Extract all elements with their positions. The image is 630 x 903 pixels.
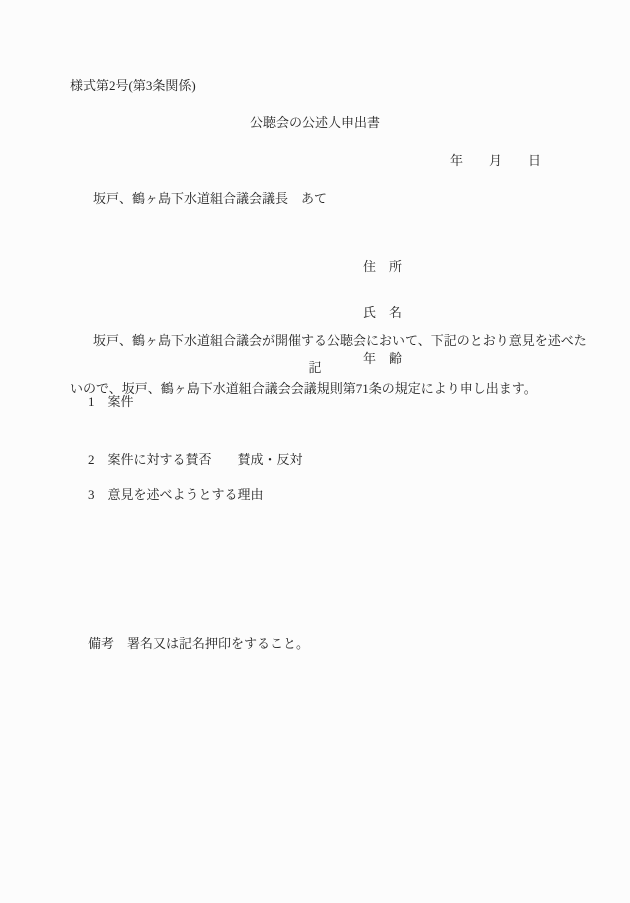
form-number-label: 様式第2号(第3条関係)	[70, 79, 196, 92]
remarks-line: 備考 署名又は記名押印をすること。	[88, 637, 309, 650]
document-page: 様式第2号(第3条関係) 公聴会の公述人申出書 年 月 日 坂戸、鶴ヶ島下水道組…	[0, 0, 630, 903]
list-item-case: 1 案件	[88, 395, 134, 408]
body-paragraph-line-1: 坂戸、鶴ヶ島下水道組合議会が開催する公聴会において、下記のとおり意見を述べた	[70, 330, 575, 352]
date-line: 年 月 日	[450, 154, 541, 167]
list-item-reason: 3 意見を述べようとする理由	[88, 488, 264, 501]
list-item-approval-choice: 2 案件に対する賛否 賛成・反対	[88, 453, 303, 466]
body-paragraph-line-2: いので、坂戸、鶴ヶ島下水道組合議会会議規則第71条の規定により申し出ます。	[70, 378, 575, 400]
record-heading: 記	[0, 361, 630, 374]
addressee-line: 坂戸、鶴ヶ島下水道組合議会議長 あて	[93, 192, 327, 205]
document-title: 公聴会の公述人申出書	[0, 116, 630, 129]
address-field-label: 住 所	[363, 257, 402, 277]
